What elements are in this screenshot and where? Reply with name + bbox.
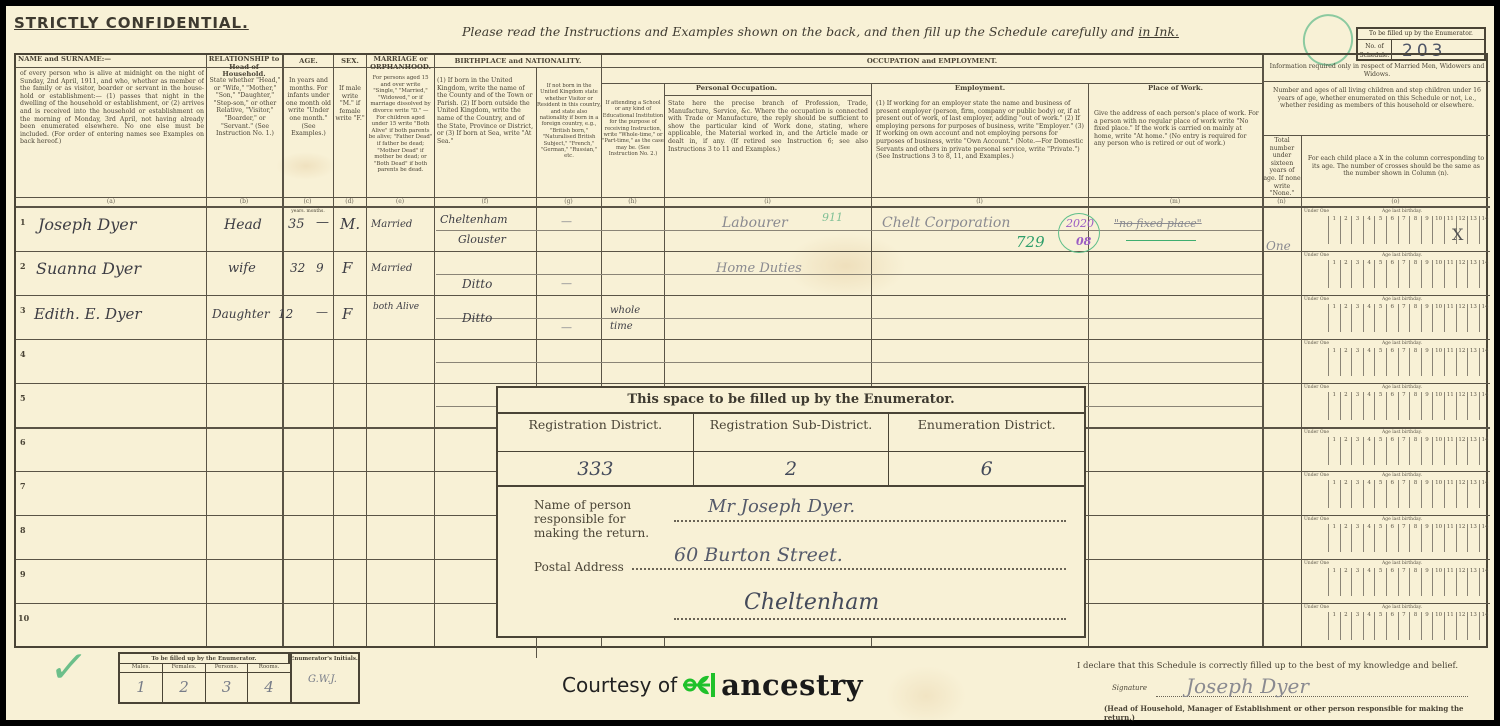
persons-label: Persons. bbox=[206, 664, 248, 672]
age-months-cell: — bbox=[316, 215, 329, 230]
col-f-body: (1) If born in the United Kingdom, write… bbox=[437, 77, 535, 195]
males-value: 1 bbox=[120, 673, 163, 702]
col-b-body: State whether "Head," or "Wife," "Mother… bbox=[209, 77, 281, 195]
age-months-cell: — bbox=[316, 305, 328, 319]
registration-district-label: Registration District. bbox=[498, 414, 693, 451]
children-group-body: Number and ages of all living children a… bbox=[1266, 87, 1488, 133]
signature-label: Signature bbox=[1112, 684, 1147, 692]
relationship-cell: Daughter bbox=[212, 307, 270, 321]
birthplace-line2: Ditto bbox=[462, 277, 492, 291]
census-schedule-page: STRICTLY CONFIDENTIAL. Please read the I… bbox=[6, 6, 1494, 720]
col-a-title: NAME and SURNAME:— bbox=[18, 56, 204, 64]
relationship-cell: wife bbox=[228, 261, 256, 276]
age-grid-row-3: Under OneAge last birthday.1234567891011… bbox=[1302, 297, 1490, 339]
marriage-cell: Married bbox=[371, 219, 412, 230]
children-total-cell: One bbox=[1266, 239, 1291, 253]
sex-cell: F bbox=[342, 259, 352, 277]
row-number: 5 bbox=[20, 393, 26, 403]
row-number: 1 bbox=[20, 217, 26, 227]
in-ink-text: in Ink. bbox=[1138, 24, 1179, 39]
age-years-cell: 32 bbox=[290, 261, 305, 275]
marriage-cell: Married bbox=[371, 263, 412, 274]
industry-code: 729 bbox=[1016, 233, 1045, 251]
ancestry-brand: ancestry bbox=[721, 668, 863, 702]
age-grid-row-2: Under OneAge last birthday.1234567891011… bbox=[1302, 253, 1490, 295]
birthplace-line1: Cheltenham bbox=[440, 213, 508, 226]
age-grid-row-7: Under OneAge last birthday.1234567891011… bbox=[1302, 473, 1490, 515]
occupation-code: 911 bbox=[822, 211, 843, 224]
col-c-body: In years and months. For infants under o… bbox=[285, 77, 332, 195]
person-label-3: making the return. bbox=[534, 526, 649, 540]
registration-subdistrict-value: 2 bbox=[693, 452, 889, 485]
initials-heading: Enumerator's Initials. bbox=[290, 654, 358, 664]
rooms-label: Rooms. bbox=[248, 664, 290, 672]
nationality-cell: — bbox=[561, 277, 572, 290]
row-number: 9 bbox=[20, 569, 26, 579]
sex-cell: M. bbox=[340, 215, 360, 233]
employment-cell: Chelt Corporation bbox=[882, 215, 1010, 231]
responsible-person-value: Mr Joseph Dyer. bbox=[708, 496, 855, 517]
females-label: Females. bbox=[163, 664, 206, 672]
occupation-cell: Labourer bbox=[722, 215, 788, 231]
marriage-cell: both Alive bbox=[373, 301, 428, 314]
enumeration-district-label: Enumeration District. bbox=[888, 414, 1084, 451]
signature-value: Joseph Dyer bbox=[1186, 674, 1309, 698]
place-of-work-cell: "no fixed place" bbox=[1114, 217, 1202, 230]
ancestry-watermark: Courtesy of ancestry bbox=[562, 668, 863, 702]
col-j-title: Employment. bbox=[872, 85, 1088, 93]
green-underline-mark bbox=[1126, 240, 1196, 241]
col-a-body: of every person who is alive at midnight… bbox=[20, 70, 204, 196]
males-label: Males. bbox=[120, 664, 163, 672]
age-years-cell: 12 bbox=[278, 307, 293, 321]
sex-cell: F bbox=[342, 305, 352, 323]
col-o-body: For each child place a X in the column c… bbox=[1306, 155, 1486, 195]
col-e-body: For persons aged 15 and over write "Sing… bbox=[368, 75, 433, 195]
occupation-group-title: OCCUPATION and EMPLOYMENT. bbox=[602, 58, 1262, 66]
tally-box: To be filled up by the Enumerator. Enume… bbox=[118, 652, 360, 704]
children-group-title: Information required only in respect of … bbox=[1266, 63, 1488, 81]
strictly-confidential-title: STRICTLY CONFIDENTIAL. bbox=[14, 14, 249, 32]
col-d-title: SEX. bbox=[334, 58, 366, 66]
person-label-2: responsible for bbox=[534, 512, 625, 526]
name-cell: Joseph Dyer bbox=[38, 215, 136, 234]
col-k-body: Give the address of each person's place … bbox=[1094, 110, 1259, 196]
birthplace-line2: Glouster bbox=[458, 233, 506, 246]
enumerator-box-title: This space to be filled up by the Enumer… bbox=[498, 388, 1084, 414]
col-i-body: State here the precise branch of Profess… bbox=[668, 100, 868, 196]
rooms-value: 4 bbox=[248, 673, 290, 702]
col-h-body: If attending a School or any kind of Edu… bbox=[602, 100, 664, 196]
relationship-cell: Head bbox=[224, 217, 262, 233]
occupation-cell: Home Duties bbox=[716, 261, 802, 276]
courtesy-text: Courtesy of bbox=[562, 673, 677, 697]
enumerator-box: This space to be filled up by the Enumer… bbox=[496, 386, 1086, 638]
schedule-box-heading: To be filled up by the Enumerator. bbox=[1358, 29, 1484, 40]
birthplace-line1: Ditto bbox=[462, 311, 492, 325]
col-k-title: Place of Work. bbox=[1089, 85, 1262, 93]
name-cell: Suanna Dyer bbox=[36, 259, 141, 278]
age-years-cell: 35 bbox=[288, 217, 305, 232]
col-n-body: Total number under sixteen years of age.… bbox=[1263, 137, 1301, 197]
row-number: 8 bbox=[20, 525, 26, 535]
age-grid-row-1: Under One Age last birthday. 12345678910… bbox=[1302, 209, 1490, 251]
row-number: 3 bbox=[20, 305, 26, 315]
persons-value: 3 bbox=[206, 673, 248, 702]
row-number: 4 bbox=[20, 349, 26, 359]
col-f-title: BIRTHPLACE and NATIONALITY. bbox=[435, 58, 601, 66]
tally-heading: To be filled up by the Enumerator. bbox=[120, 654, 290, 664]
row-number: 6 bbox=[20, 437, 26, 447]
age-grid-row-9: Under OneAge last birthday.1234567891011… bbox=[1302, 561, 1490, 603]
females-value: 2 bbox=[163, 673, 206, 702]
postal-address-label: Postal Address bbox=[534, 560, 624, 574]
registration-subdistrict-label: Registration Sub-District. bbox=[693, 414, 889, 451]
name-cell: Edith. E. Dyer bbox=[34, 305, 142, 323]
school-cell: whole time bbox=[610, 303, 660, 335]
age-grid-row-8: Under OneAge last birthday.1234567891011… bbox=[1302, 517, 1490, 559]
col-c-title: AGE. bbox=[284, 58, 333, 66]
nationality-cell: — bbox=[561, 215, 572, 228]
age-grid-row-6: Under OneAge last birthday.1234567891011… bbox=[1302, 430, 1490, 472]
nationality-cell: — bbox=[561, 321, 572, 334]
row-number: 10 bbox=[18, 613, 29, 623]
col-b-title: RELATIONSHIP to Head of Household. bbox=[207, 56, 281, 79]
enumeration-district-value: 6 bbox=[888, 452, 1084, 485]
col-g-body: If not born in the United Kingdom state … bbox=[537, 83, 601, 195]
col-i-title: Personal Occupation. bbox=[602, 85, 871, 93]
declaration-text: I declare that this Schedule is correctl… bbox=[1077, 661, 1458, 671]
enumerator-initials-value: G.W.J. bbox=[308, 674, 337, 685]
green-circle-annotation bbox=[1058, 213, 1100, 253]
postal-address-line2: Cheltenham bbox=[744, 590, 879, 615]
age-grid-row-5: Under OneAge last birthday.1234567891011… bbox=[1302, 385, 1490, 427]
check-mark-icon: ✓ bbox=[46, 642, 90, 693]
col-e-title: MARRIAGE or ORPHANHOOD. bbox=[367, 56, 434, 71]
col-d-body: If male write "M." if female write "F." bbox=[335, 85, 365, 195]
signature-caption: (Head of Household, Manager of Establish… bbox=[1104, 704, 1494, 722]
ancestry-leaf-icon bbox=[681, 672, 717, 698]
row-number: 7 bbox=[20, 481, 26, 491]
age-grid-row-4: Under OneAge last birthday.1234567891011… bbox=[1302, 341, 1490, 383]
instructions-line: Please read the Instructions and Example… bbox=[462, 24, 1179, 39]
col-j-body: (1) If working for an employer state the… bbox=[876, 100, 1086, 196]
age-grid-row-10: Under OneAge last birthday.1234567891011… bbox=[1302, 605, 1490, 647]
registration-district-value: 333 bbox=[498, 452, 693, 485]
person-label-1: Name of person bbox=[534, 498, 631, 512]
instructions-text: Please read the Instructions and Example… bbox=[462, 24, 1134, 39]
child-age-x-mark: X bbox=[1452, 225, 1463, 244]
row-number: 2 bbox=[20, 261, 26, 271]
postal-address-line1: 60 Burton Street. bbox=[674, 544, 843, 566]
age-months-cell: 9 bbox=[316, 261, 324, 275]
